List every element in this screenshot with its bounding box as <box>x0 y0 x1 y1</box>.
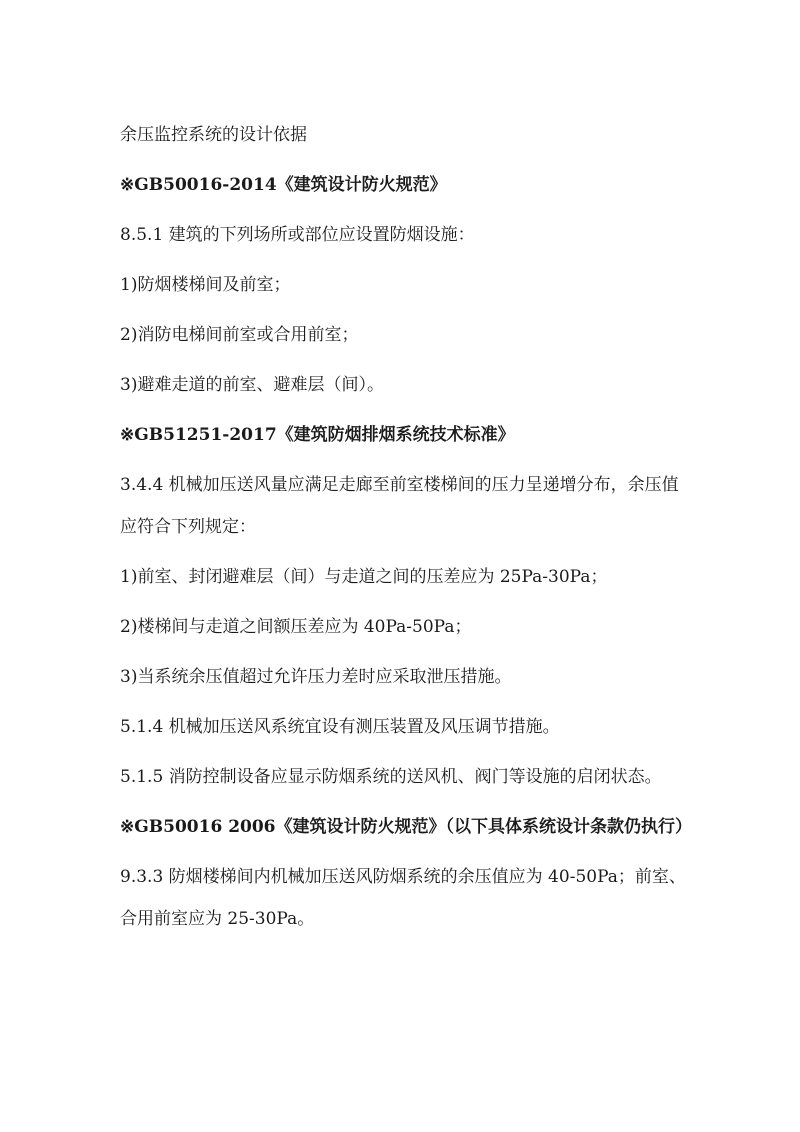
document-page: 余压监控系统的设计依据 ※GB50016-2014《建筑设计防火规范》 8.5.… <box>120 114 690 948</box>
clause-8-5-1: 8.5.1 建筑的下列场所或部位应设置防烟设施： <box>120 214 690 256</box>
clause-9-3-3: 9.3.3 防烟楼梯间内机械加压送风防烟系统的余压值应为 40-50Pa；前室、… <box>120 856 690 940</box>
clause-5-1-5: 5.1.5 消防控制设备应显示防烟系统的送风机、阀门等设施的启闭状态。 <box>120 756 690 798</box>
list-item: 2)楼梯间与走道之间额压差应为 40Pa-50Pa； <box>120 606 690 648</box>
clause-3-4-4: 3.4.4 机械加压送风量应满足走廊至前室楼梯间的压力呈递增分布，余压值应符合下… <box>120 464 690 548</box>
clause-5-1-4: 5.1.4 机械加压送风系统宜设有测压装置及风压调节措施。 <box>120 706 690 748</box>
list-item: 3)避难走道的前室、避难层（间）。 <box>120 364 690 406</box>
doc-title: 余压监控系统的设计依据 <box>120 114 690 156</box>
list-item: 1)前室、封闭避难层（间）与走道之间的压差应为 25Pa-30Pa； <box>120 556 690 598</box>
list-item: 1)防烟楼梯间及前室； <box>120 264 690 306</box>
standard-heading-gb50016-2014: ※GB50016-2014《建筑设计防火规范》 <box>120 164 690 206</box>
standard-heading-gb51251-2017: ※GB51251-2017《建筑防烟排烟系统技术标准》 <box>120 414 690 456</box>
list-item: 3)当系统余压值超过允许压力差时应采取泄压措施。 <box>120 656 690 698</box>
list-item: 2)消防电梯间前室或合用前室； <box>120 314 690 356</box>
standard-heading-gb50016-2006: ※GB50016 2006《建筑设计防火规范》（以下具体系统设计条款仍执行） <box>120 806 690 848</box>
